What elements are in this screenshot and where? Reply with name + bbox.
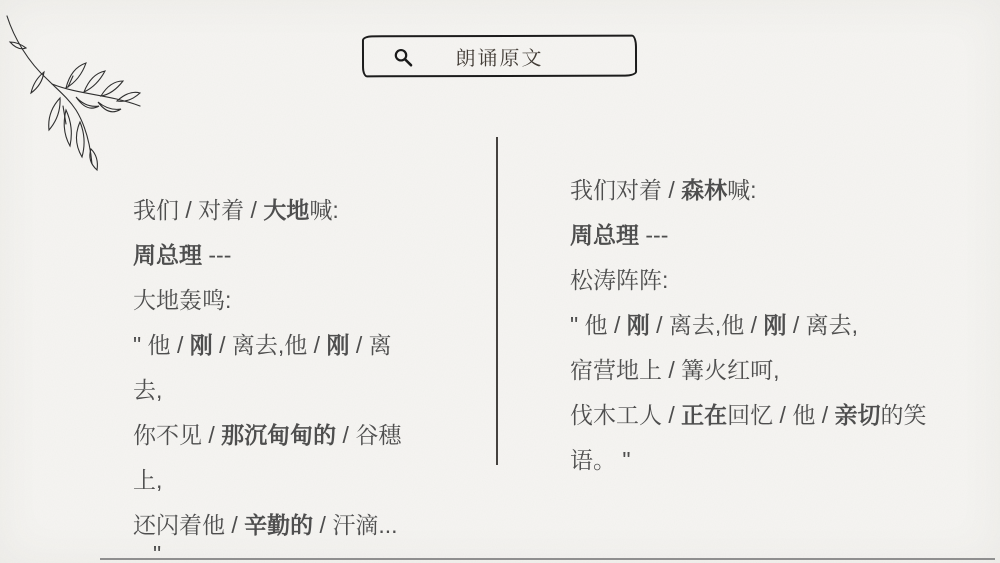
poem-column-left: 我们 / 对着 / 大地喊:周总理 ---大地轰鸣:" 他 / 刚 / 离去,他… (133, 188, 488, 548)
poem-line: 我们对着 / 森林喊: (570, 168, 970, 213)
poem-line: 语。 " (570, 438, 970, 483)
bottom-horizontal-line (100, 558, 995, 560)
poem-line: " 他 / 刚 / 离去,他 / 刚 / 离去, (570, 303, 970, 348)
search-box[interactable]: 朗诵原文 (362, 35, 637, 78)
poem-line: 我们 / 对着 / 大地喊: (133, 188, 488, 233)
poem-line: 上, (133, 458, 488, 503)
slide-page: 朗诵原文 我们 / 对着 / 大地喊:周总理 ---大地轰鸣:" 他 / 刚 /… (0, 0, 1000, 563)
search-label: 朗诵原文 (455, 41, 543, 70)
search-icon (392, 46, 414, 68)
poem-line: 你不见 / 那沉甸甸的 / 谷穗 (133, 413, 488, 458)
poem-line: 还闪着他 / 辛勤的 / 汗滴... (133, 503, 488, 548)
poem-line: 周总理 --- (133, 233, 488, 278)
poem-column-right: 我们对着 / 森林喊:周总理 ---松涛阵阵:" 他 / 刚 / 离去,他 / … (570, 168, 970, 483)
branch-illustration (0, 6, 152, 174)
poem-line: " 他 / 刚 / 离去,他 / 刚 / 离 (133, 323, 488, 368)
poem-line: 去, (133, 368, 488, 413)
poem-line: 大地轰鸣: (133, 278, 488, 323)
poem-line: 宿营地上 / 篝火红呵, (570, 348, 970, 393)
column-divider (496, 137, 498, 465)
poem-line: 周总理 --- (570, 213, 970, 258)
poem-line: 伐木工人 / 正在回忆 / 他 / 亲切的笑 (570, 393, 970, 438)
cutoff-quote-mark: " (153, 543, 161, 563)
poem-line: 松涛阵阵: (570, 258, 970, 303)
